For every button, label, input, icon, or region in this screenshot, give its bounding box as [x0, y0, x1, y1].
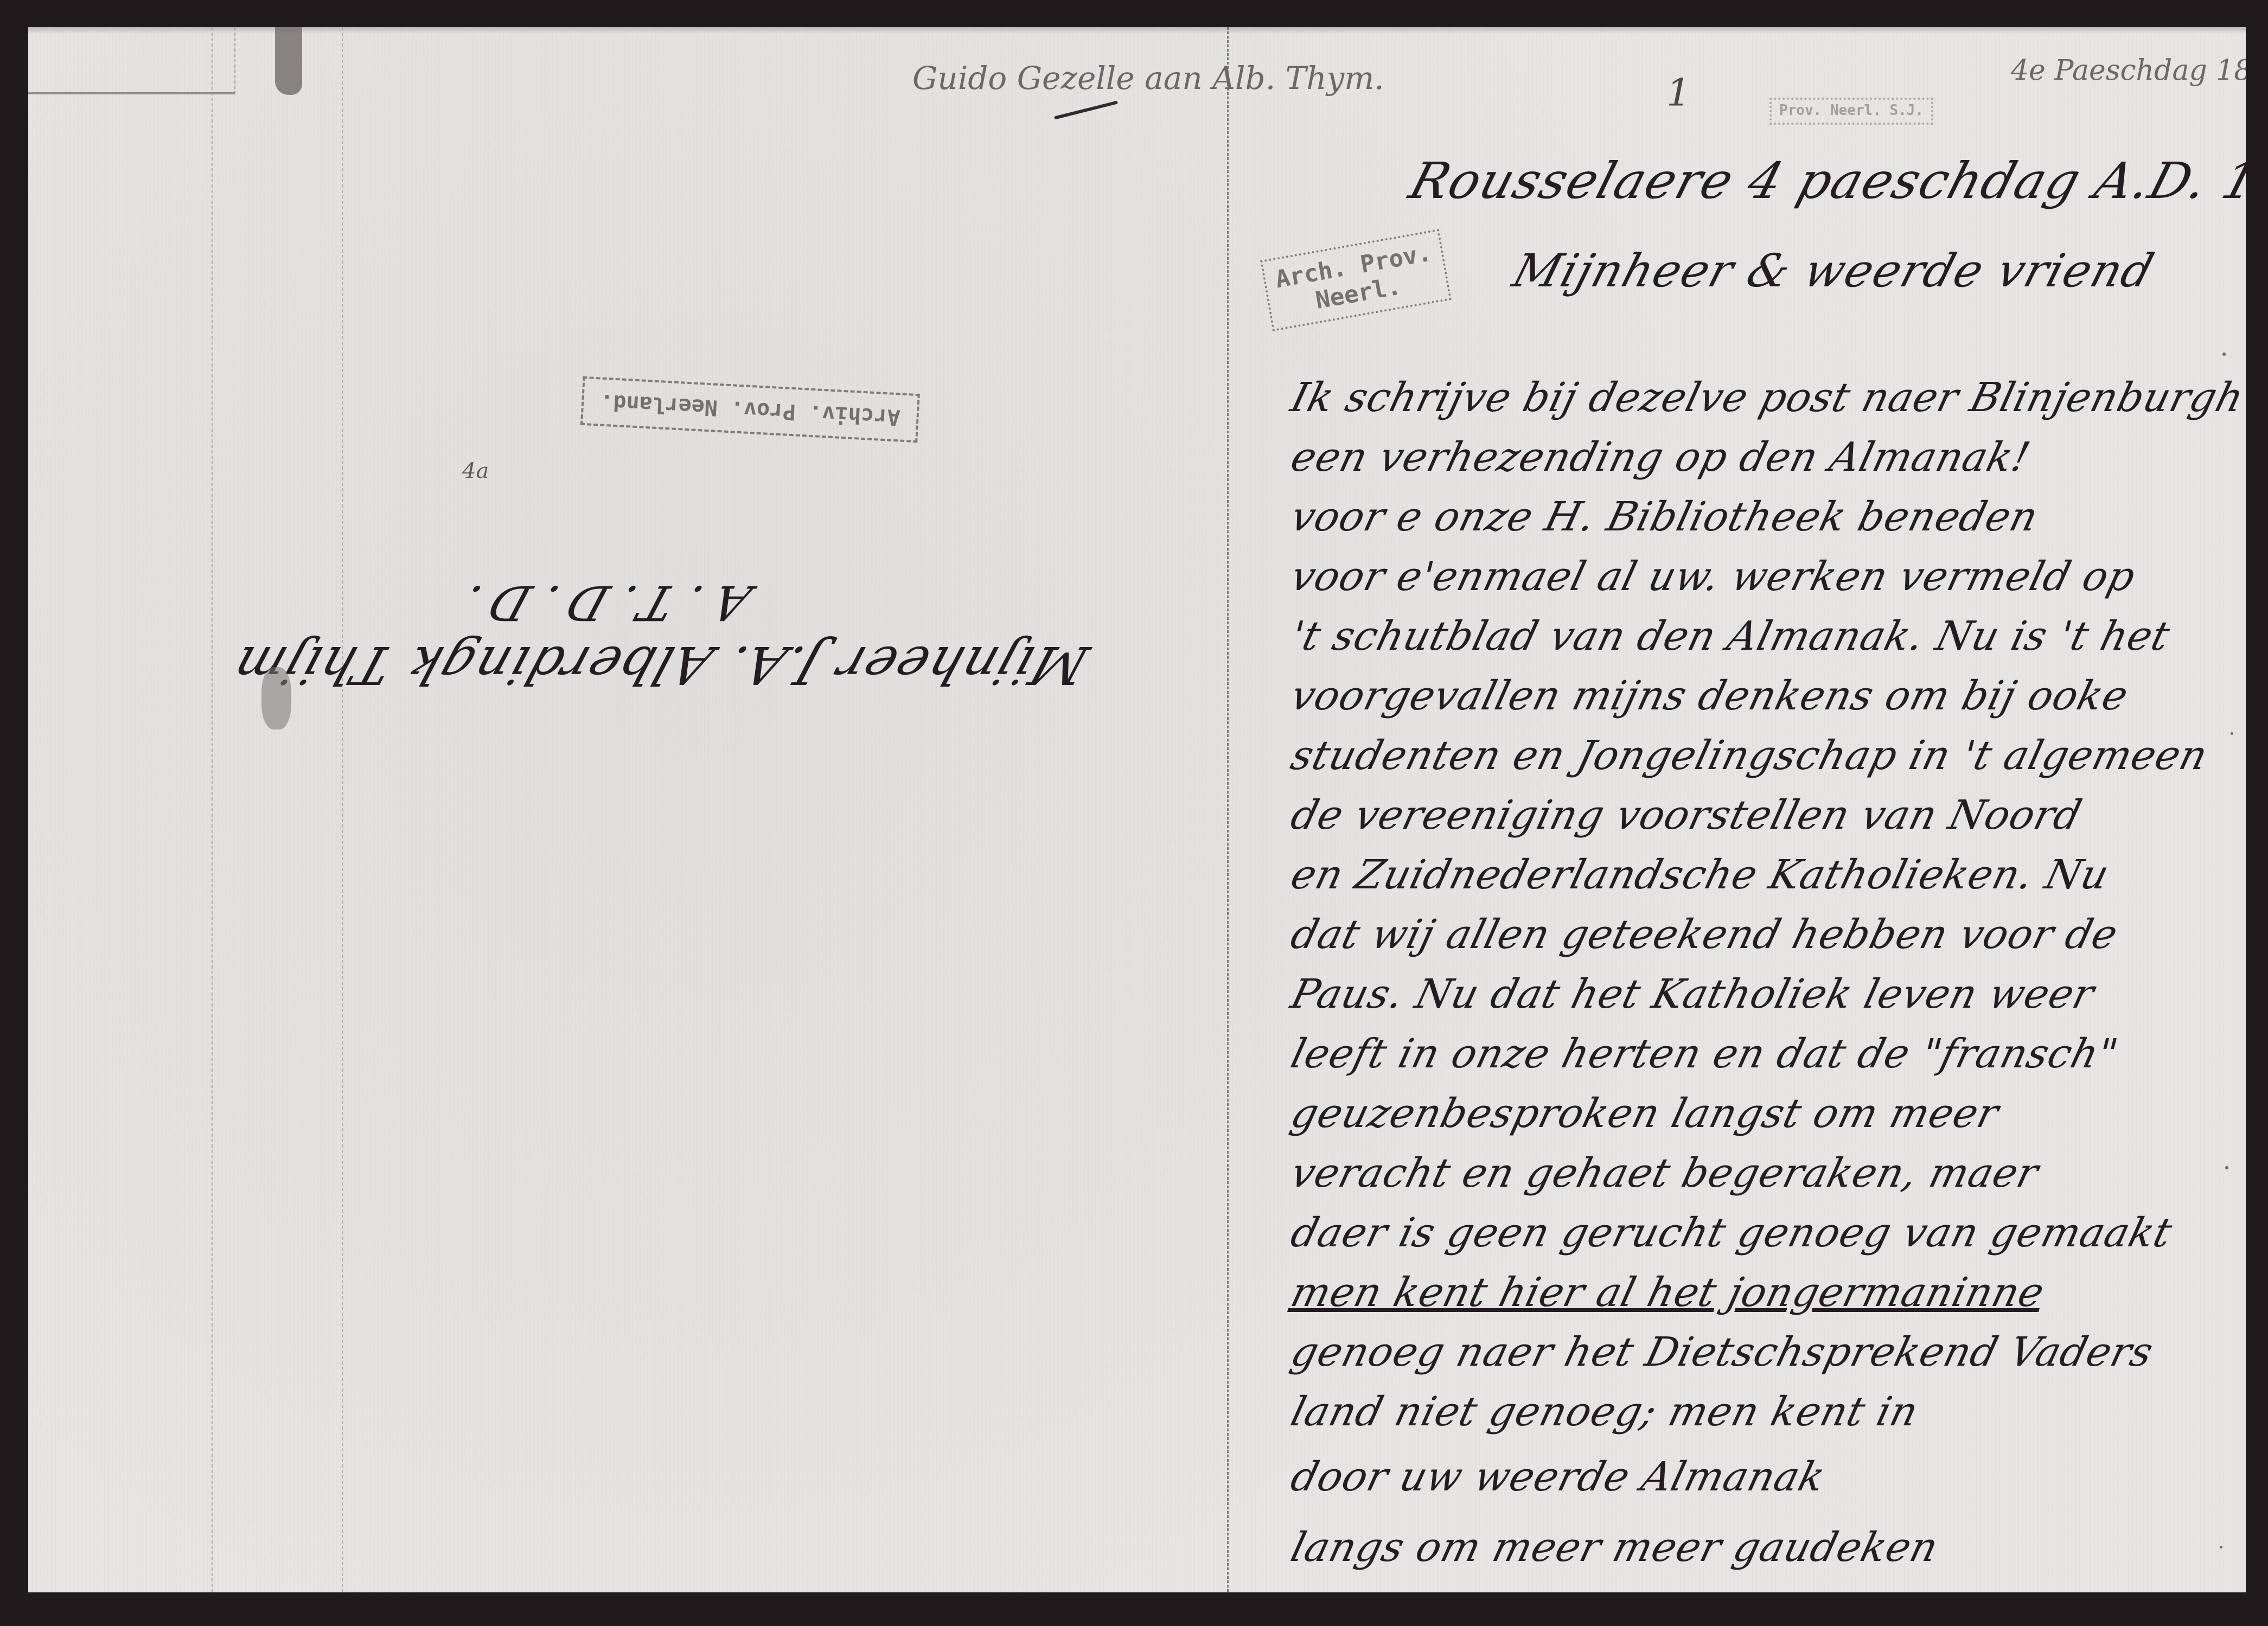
copy-speck — [2220, 1546, 2222, 1548]
body-line: men kent hier al het jongermaninne — [1286, 1269, 2049, 1316]
copy-speck — [2231, 732, 2233, 735]
body-line: land niet genoeg; men kent in — [1286, 1388, 1923, 1435]
top-edge-shadow — [28, 27, 2246, 34]
address-line-1: Mijnheer J.A. Alberdingk Thijm — [225, 635, 1096, 695]
body-line: dat wij allen geteekend hebben voor de — [1286, 911, 2123, 958]
place-date: Rousselaere 4 paeschdag A.D. 1860 — [1403, 152, 2246, 210]
body-line: daer is geen gerucht genoeg van gemaakt — [1286, 1209, 2177, 1256]
body-line: Ik schrijve bij dezelve post naer Blinje… — [1286, 374, 2246, 421]
copy-speck — [2225, 1166, 2228, 1169]
ruled-margin-line — [212, 27, 213, 1592]
body-line: voor e'enmael al uw. werken vermeld op — [1286, 553, 2140, 600]
body-line: veracht en gehaet begeraken, maer — [1286, 1150, 2043, 1196]
body-line: langs om meer meer gaudeken — [1286, 1524, 1943, 1571]
letter-sheet: Guido Gezelle aan Alb. Thym. 4e Paeschda… — [28, 27, 2246, 1592]
page-fold-line — [1227, 27, 1229, 1592]
folio-mark: 1 — [1666, 71, 1691, 115]
body-line: voor e onze H. Bibliotheek beneden — [1286, 494, 2043, 540]
body-line: genoeg naer het Dietschsprekend Vaders — [1286, 1329, 2158, 1375]
body-line: geuzenbesproken langst om meer — [1286, 1090, 2003, 1137]
date-note: 4e Paeschdag 1860 — [2011, 54, 2246, 87]
body-line: en Zuidnederlandsche Katholieken. Nu — [1286, 852, 2114, 898]
address-line-2: A.T.D.D. — [442, 575, 758, 631]
body-line: een verhezending op den Almanak! — [1286, 434, 2035, 481]
body-line: door uw weerde Almanak — [1286, 1454, 1830, 1500]
ruled-margin-line — [342, 27, 343, 1592]
body-line: de vereeniging voorstellen van Noord — [1286, 792, 2086, 838]
upside-down-archive-stamp: Archiv. Prov. Neerland. — [580, 376, 920, 443]
body-line: voorgevallen mijns denkens om bij ooke — [1286, 673, 2133, 719]
corner-copy-artifact — [28, 27, 235, 94]
ink-smudge — [275, 27, 302, 95]
body-line: studenten en Jongelingschap in 't algeme… — [1286, 732, 2213, 779]
copy-speck — [2222, 353, 2226, 356]
archive-stamp: Arch. Prov. Neerl. — [1260, 229, 1452, 331]
archival-note: Guido Gezelle aan Alb. Thym. — [912, 60, 1384, 97]
pencil-mark: 4a — [462, 458, 489, 483]
body-line: leeft in onze herten en dat de "fransch" — [1286, 1030, 2123, 1077]
ink-smudge — [261, 667, 291, 729]
body-line: 't schutblad van den Almanak. Nu is 't h… — [1286, 613, 2175, 660]
body-line: Paus. Nu dat het Katholiek leven weer — [1286, 971, 2099, 1017]
salutation: Mijnheer & weerde vriend — [1507, 244, 2161, 297]
underline-stroke — [1054, 101, 1118, 120]
faded-archive-stamp: Prov. Neerl. S.J. — [1769, 98, 1933, 125]
